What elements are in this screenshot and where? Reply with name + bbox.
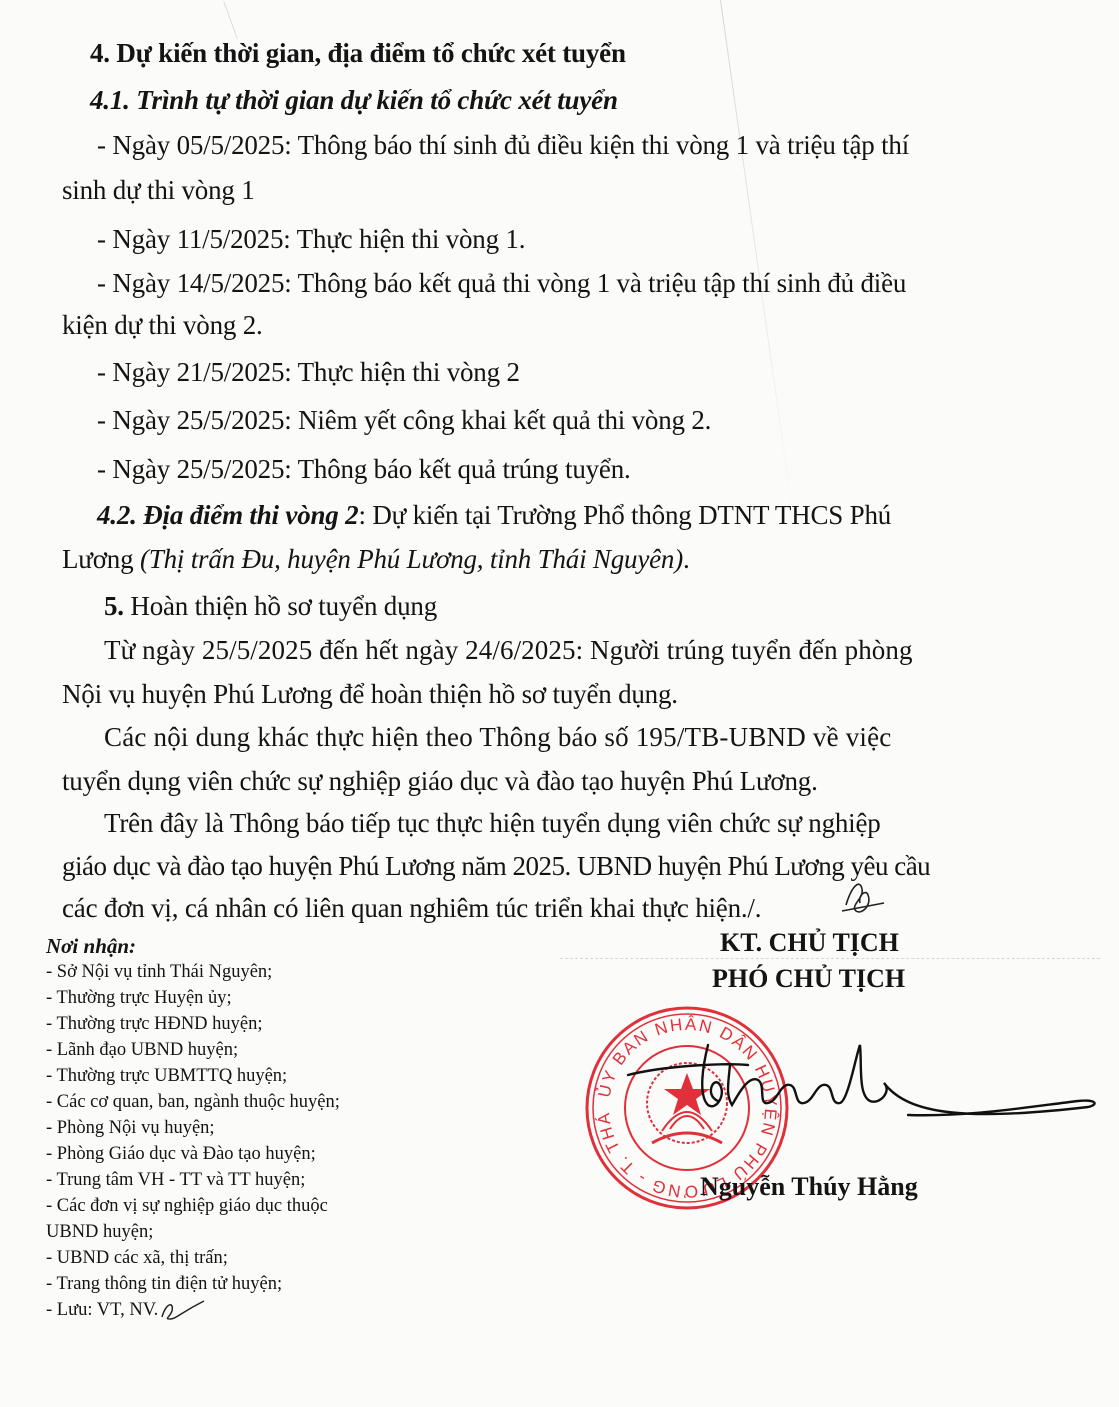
section-4-heading: 4. Dự kiến thời gian, địa điểm tổ chức x…: [90, 40, 626, 67]
section-5-para-1: Từ ngày 25/5/2025 đến hết ngày 24/6/2025…: [104, 637, 913, 664]
signatory-name: Nguyễn Thúy Hằng: [700, 1172, 918, 1202]
section-4-1-heading: 4.1. Trình tự thời gian dự kiến tổ chức …: [90, 87, 618, 114]
schedule-item-1-cont: sinh dự thi vòng 1: [62, 177, 255, 204]
signatory-title-2: PHÓ CHỦ TỊCH: [712, 964, 905, 994]
section-5-heading: 5. Hoàn thiện hồ sơ tuyển dụng: [104, 593, 437, 620]
section-4-2-text: : Dự kiến tại Trường Phổ thông DTNT THCS…: [358, 500, 891, 530]
schedule-item-6: - Ngày 25/5/2025: Thông báo kết quả trún…: [97, 456, 631, 483]
recipient-item: - Phòng Nội vụ huyện;: [46, 1115, 340, 1141]
section-5-para-3: Trên đây là Thông báo tiếp tục thực hiện…: [104, 810, 881, 837]
recipient-item: - Các cơ quan, ban, ngành thuộc huyện;: [46, 1089, 340, 1115]
location-address: (Thị trấn Đu, huyện Phú Lương, tỉnh Thái…: [140, 544, 683, 574]
section-4-2-label: 4.2. Địa điểm thi vòng 2: [97, 500, 358, 530]
section-5-title: Hoàn thiện hồ sơ tuyển dụng: [124, 591, 437, 621]
recipients-list: Nơi nhận: - Sở Nội vụ tỉnh Thái Nguyên; …: [46, 933, 340, 1323]
recipient-item: - Lãnh đạo UBND huyện;: [46, 1037, 340, 1063]
section-4-2-line: 4.2. Địa điểm thi vòng 2: Dự kiến tại Tr…: [97, 502, 891, 529]
section-5-para-2-cont: tuyển dụng viên chức sự nghiệp giáo dục …: [62, 768, 818, 795]
recipients-title: Nơi nhận:: [46, 933, 340, 959]
recipient-item: UBND huyện;: [46, 1219, 340, 1245]
schedule-item-5: - Ngày 25/5/2025: Niêm yết công khai kết…: [97, 407, 711, 434]
recipient-item: - Sở Nội vụ tỉnh Thái Nguyên;: [46, 959, 340, 985]
recipient-item: - Thường trực Huyện ủy;: [46, 985, 340, 1011]
recipient-item: - UBND các xã, thị trấn;: [46, 1245, 340, 1271]
recipient-item: - Trung tâm VH - TT và TT huyện;: [46, 1167, 340, 1193]
recipient-item-text: - Lưu: VT, NV.: [46, 1300, 158, 1320]
document-page: 4. Dự kiến thời gian, địa điểm tổ chức x…: [0, 0, 1119, 1407]
section-5-number: 5.: [104, 591, 124, 621]
recipient-item: - Phòng Giáo dục và Đào tạo huyện;: [46, 1141, 340, 1167]
paper-crease: [223, 1, 238, 39]
recipient-item: - Lưu: VT, NV.: [46, 1297, 340, 1323]
section-5-para-1-cont: Nội vụ huyện Phú Lương để hoàn thiện hồ …: [62, 681, 678, 708]
schedule-item-2: - Ngày 11/5/2025: Thực hiện thi vòng 1.: [97, 226, 525, 253]
recipient-item: - Trang thông tin điện tử huyện;: [46, 1271, 340, 1297]
initial-mark-icon: [838, 875, 888, 917]
recipient-item: - Các đơn vị sự nghiệp giáo dục thuộc: [46, 1193, 340, 1219]
schedule-item-1: - Ngày 05/5/2025: Thông báo thí sinh đủ …: [97, 132, 909, 159]
recipient-item: - Thường trực UBMTTQ huyện;: [46, 1063, 340, 1089]
handwritten-signature-icon: [608, 1035, 1108, 1145]
section-5-para-3-cont: giáo dục và đào tạo huyện Phú Lương năm …: [62, 853, 930, 880]
schedule-item-3: - Ngày 14/5/2025: Thông báo kết quả thi …: [97, 270, 906, 297]
recipient-item: - Thường trực HĐND huyện;: [46, 1011, 340, 1037]
initial-mark-icon: [158, 1297, 208, 1321]
section-4-2-line-2: Lương (Thị trấn Đu, huyện Phú Lương, tỉn…: [62, 546, 690, 573]
location-name-end: Lương: [62, 544, 140, 574]
schedule-item-3-cont: kiện dự thi vòng 2.: [62, 312, 263, 339]
section-5-para-3-end: các đơn vị, cá nhân có liên quan nghiêm …: [62, 895, 761, 922]
location-period: .: [683, 544, 690, 574]
section-5-para-2: Các nội dung khác thực hiện theo Thông b…: [104, 724, 891, 751]
scan-artifact-line: [560, 958, 1100, 959]
schedule-item-4: - Ngày 21/5/2025: Thực hiện thi vòng 2: [97, 359, 520, 386]
signatory-title-1: KT. CHỦ TỊCH: [720, 928, 899, 958]
